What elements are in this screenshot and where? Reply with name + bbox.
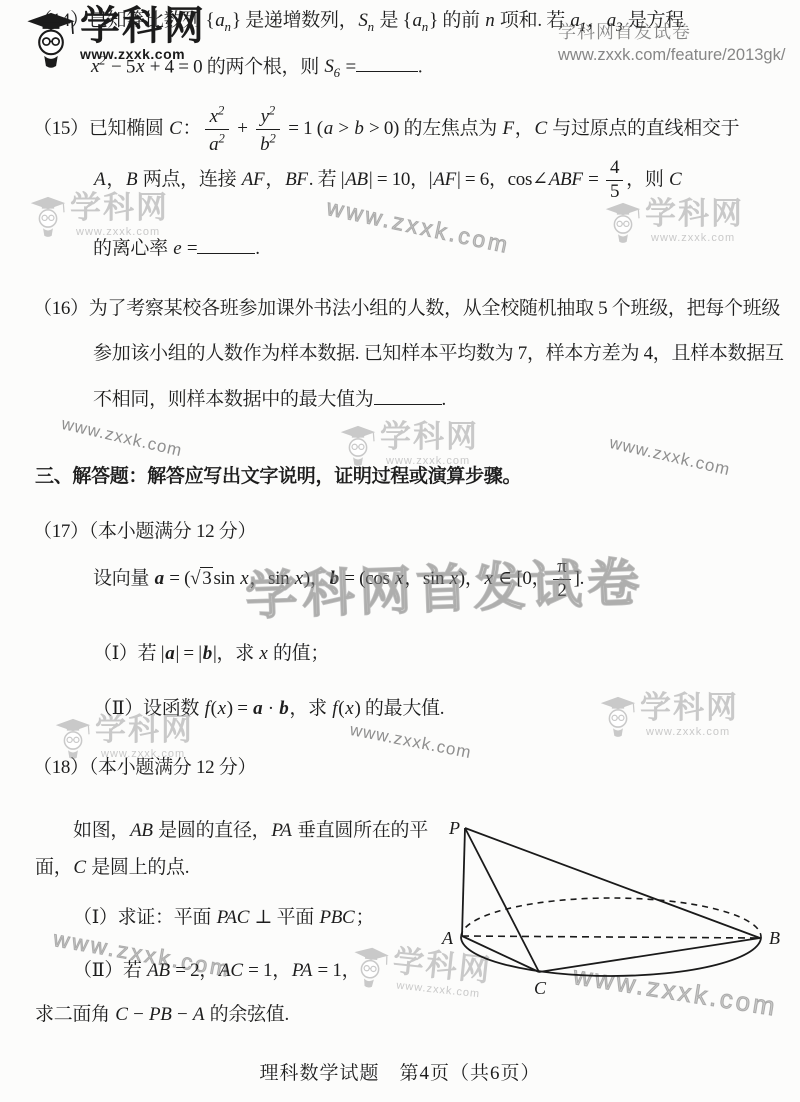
watermark-brand-url: www.zxxk.com: [646, 726, 739, 738]
question-15-line-3: 的离心率 e =.: [93, 235, 260, 262]
question-17-part-2: （Ⅱ）设函数 f(x) = a · b，求 f(x) 的最大值.: [93, 696, 444, 722]
mascot-watermark-icon: [603, 198, 643, 246]
watermark-brand-text: 学科网: [645, 198, 744, 231]
question-18-line-1: 如图，AB 是圆的直径，PA 垂直圆所在的平: [73, 818, 428, 844]
question-16-line-3: 不相同，则样本数据中的最大值为.: [93, 386, 446, 413]
watermark-url-center-q15: www.zxxk.com: [324, 194, 512, 259]
zxxk-logo: 学科网 www.zxxk.com: [24, 6, 206, 72]
footer-page-label: 理科数学试题 第4页（共6页）: [0, 1058, 800, 1085]
question-18-line-3: 求二面角 C − PB − A 的余弦值.: [35, 1002, 289, 1028]
label-P: P: [448, 818, 460, 838]
watermark-url-right-q16: www.zxxk.com: [608, 433, 733, 480]
logo-text: 学科网 www.zxxk.com: [80, 6, 206, 62]
edge-CB: [539, 938, 760, 972]
circle-cone-diagram: P A B C: [438, 812, 798, 1012]
question-18-line-2: 面，C 是圆上的点.: [35, 855, 189, 881]
watermark-url-center-q17: www.zxxk.com: [348, 720, 473, 763]
ellipse-back-arc: [461, 898, 761, 937]
watermark-brand-right-q15: 学科网 www.zxxk.com: [603, 198, 744, 246]
watermark-brand-center-sec3: 学科网 www.zxxk.com: [338, 421, 479, 469]
question-18-header: （18）（本小题满分 12 分）: [33, 755, 256, 781]
label-B: B: [769, 928, 780, 948]
question-17-part-1: （Ⅰ）若 |a| = |b|，求 x 的值；: [93, 641, 329, 667]
diameter-AB: [462, 936, 760, 938]
watermark-banner-first-release: 学科网首发试卷: [244, 540, 645, 629]
edge-PA: [462, 828, 465, 936]
watermark-url-left-q16: www.zxxk.com: [60, 414, 185, 461]
section-3-header: 三、解答题：解答应写出文字说明，证明过程或演算步骤。: [35, 464, 521, 490]
mascot-logo-icon: [24, 6, 78, 72]
watermark-brand-text: 学科网: [640, 692, 739, 725]
edge-AC: [462, 936, 539, 972]
question-18-part-1: （Ⅰ）求证：平面 PAC ⊥ 平面 PBC；: [73, 905, 374, 931]
question-18-part-2: （Ⅱ）若 AB = 2，AC = 1，PA = 1，: [73, 958, 360, 984]
edge-PB: [465, 828, 760, 938]
label-A: A: [441, 928, 454, 948]
question-16-line-1: （16）为了考察某校各班参加课外书法小组的人数，从全校随机抽取 5 个班级，把每…: [33, 296, 780, 322]
watermark-brand-text: 学科网: [380, 421, 479, 454]
logo-brand: 学科网: [80, 6, 206, 46]
header-feature-url: www.zxxk.com/feature/2013gk/: [558, 46, 785, 65]
label-C: C: [534, 978, 547, 998]
question-17-header: （17）（本小题满分 12 分）: [33, 519, 256, 545]
watermark-brand-right-q17: 学科网 www.zxxk.com: [598, 692, 739, 740]
question-16-line-2: 参加该小组的人数作为样本数据. 已知样本平均数为 7，样本方差为 4，且样本数据…: [93, 341, 784, 367]
mascot-watermark-icon: [28, 192, 68, 240]
question-15-line-1: （15）已知椭圆 C：x2a2 + y2b2 = 1 (a > b > 0) 的…: [33, 104, 739, 155]
question-15-line-2: A，B 两点，连接 AF，BF. 若 |AB| = 10，|AF| = 6，co…: [93, 158, 682, 203]
mascot-watermark-icon: [598, 692, 638, 740]
logo-url: www.zxxk.com: [80, 46, 206, 62]
edge-PC: [465, 828, 539, 972]
watermark-brand-url: www.zxxk.com: [651, 232, 744, 244]
exam-page: 学科网 www.zxxk.com 学科网首发试卷 www.zxxk.com/fe…: [0, 0, 800, 1102]
mascot-watermark-icon: [338, 421, 378, 469]
